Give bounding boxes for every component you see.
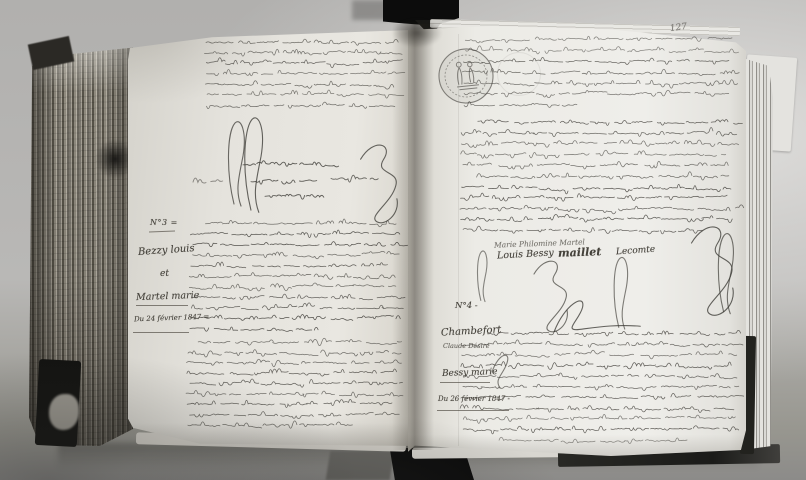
photo-vignette: [0, 0, 806, 480]
archival-register-photo: 127 N°3 = Bezzy louis et Martel marie Du…: [0, 0, 806, 480]
